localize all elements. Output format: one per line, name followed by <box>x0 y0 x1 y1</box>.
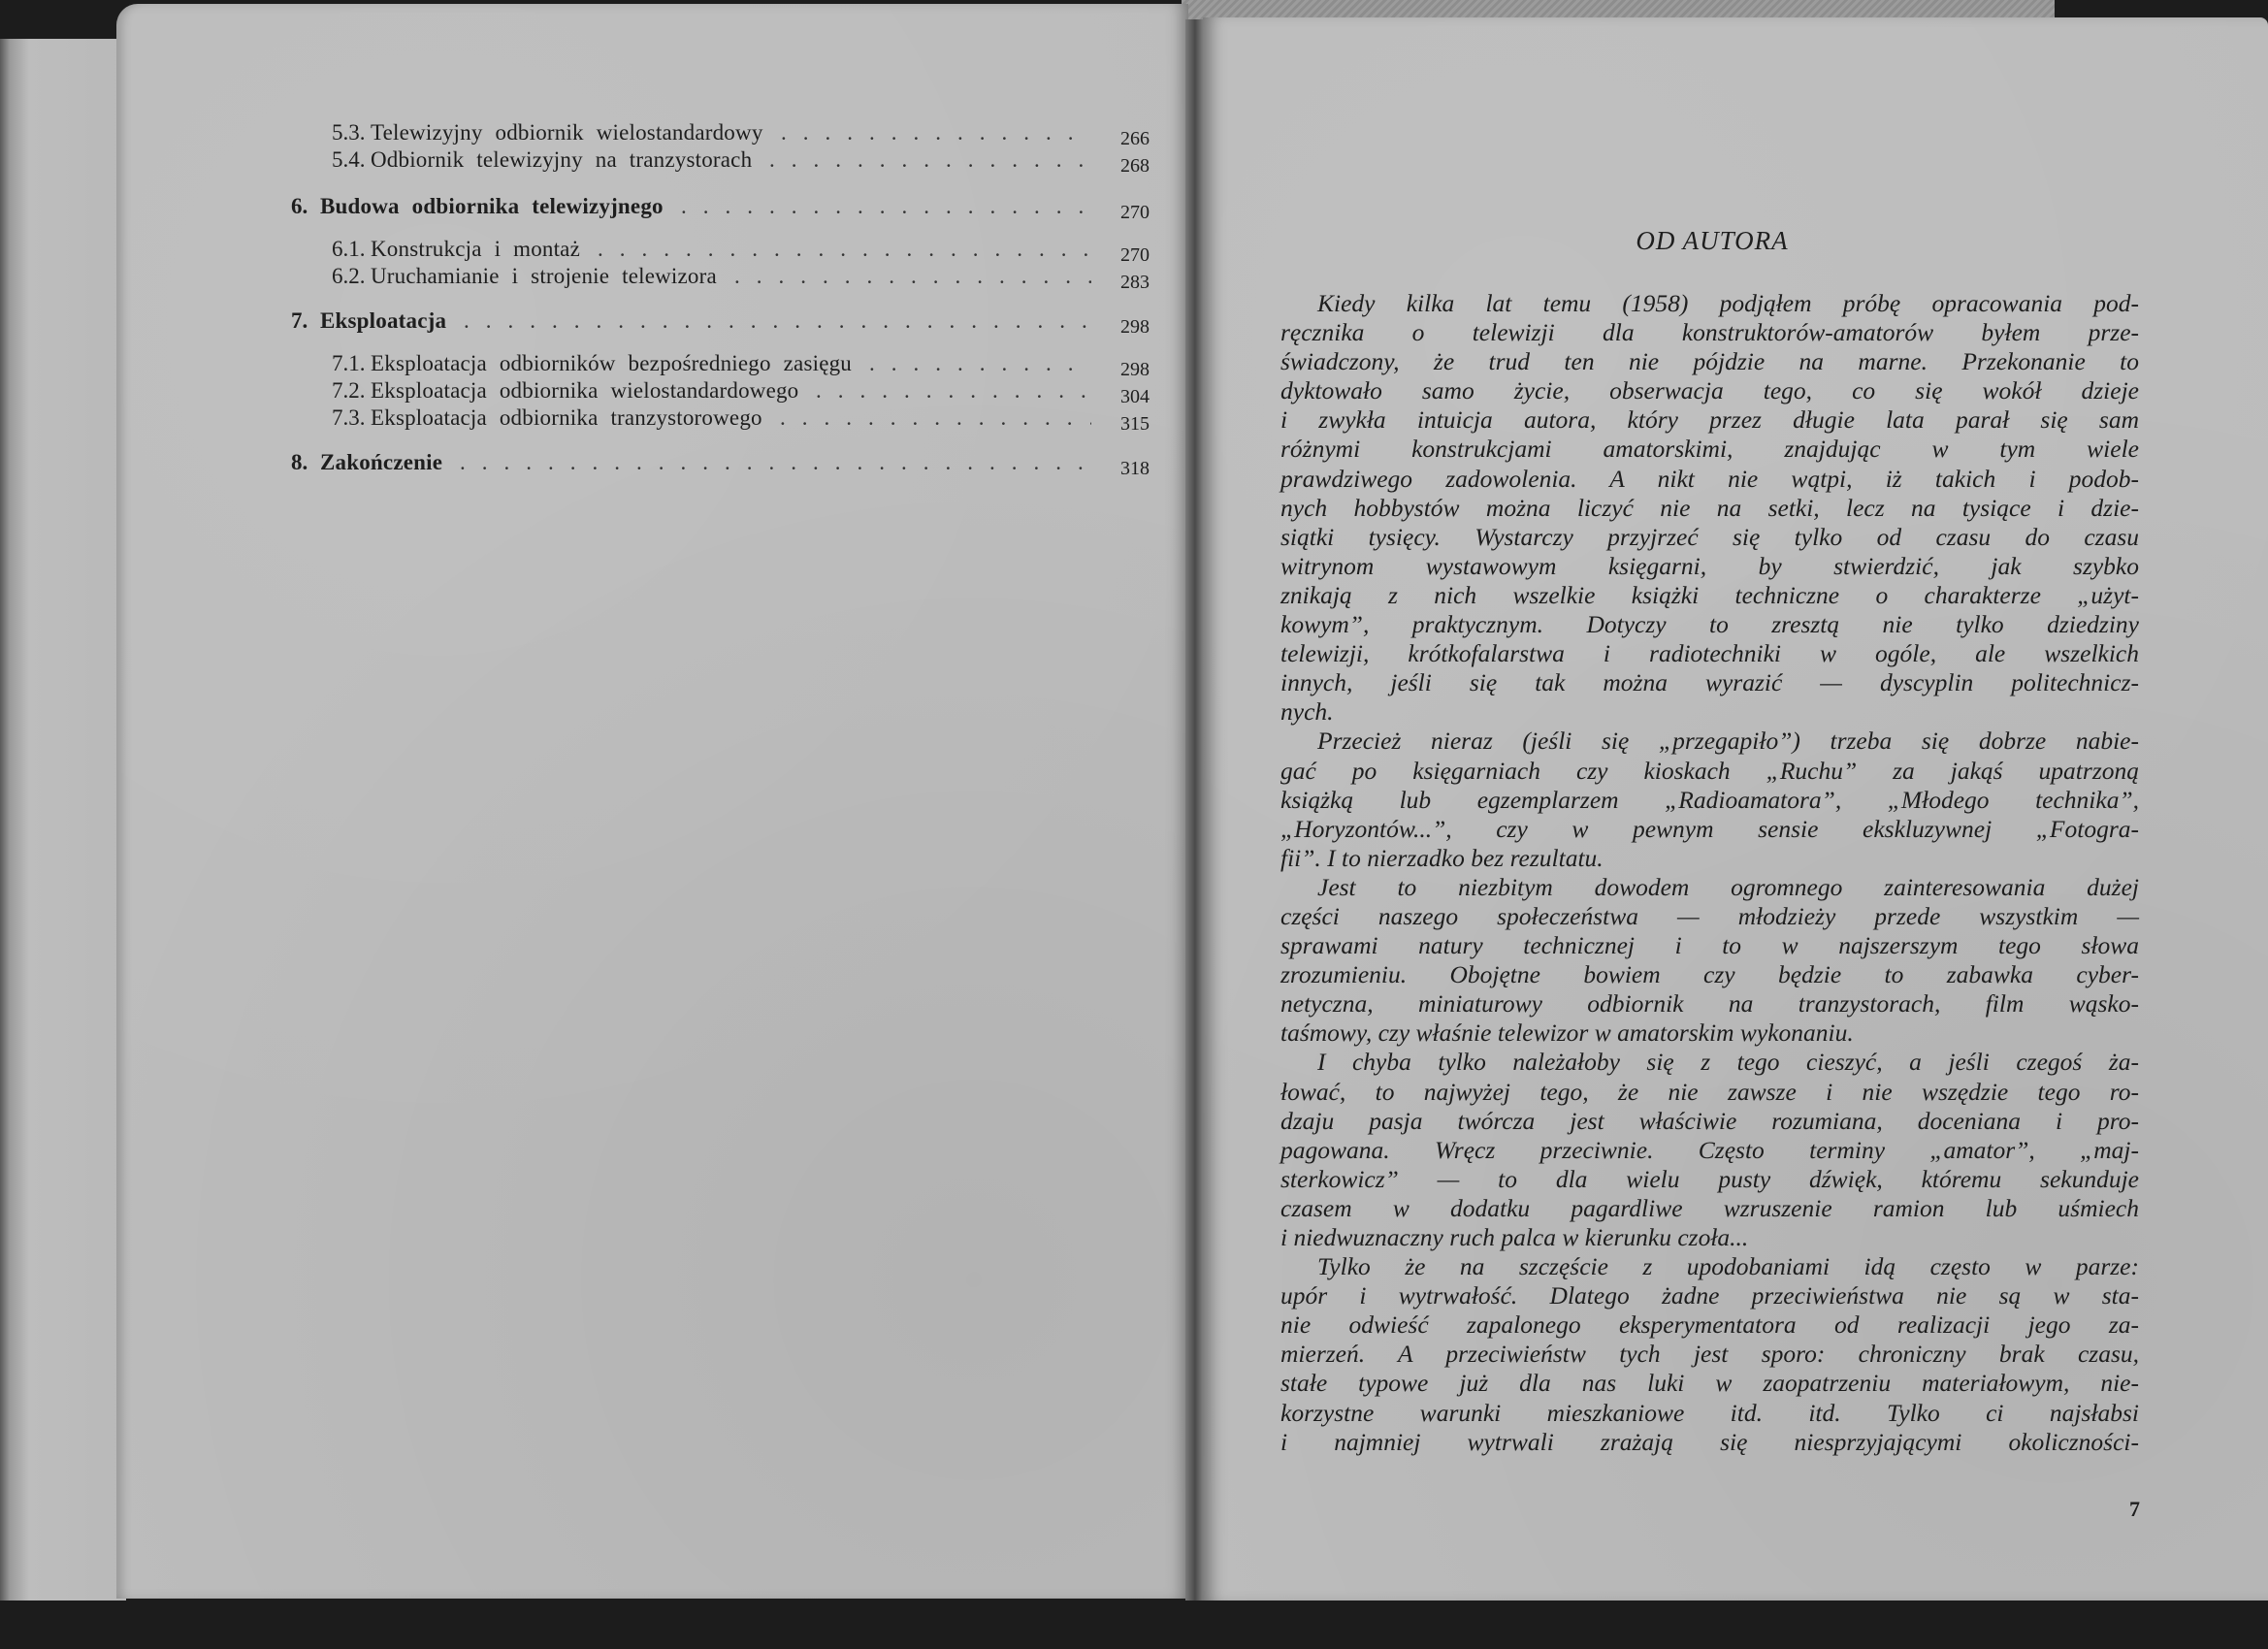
text-line: i niedwuznaczny ruch palca w kierunku cz… <box>1280 1223 2139 1252</box>
toc-entry-number: 6.1. <box>332 235 366 264</box>
toc-entry-number: 7.2. <box>332 376 366 405</box>
left-page: 5.3.Telewizyjny odbiornik wielostandardo… <box>116 4 1188 1599</box>
toc-entry-title: Eksploatacja odbiorników bezpośredniego … <box>371 349 852 378</box>
text-line: prawdziwego zadowolenia. A nikt nie wątp… <box>1280 465 2139 494</box>
text-line: i najmniej wytrwali zrażają się niesprzy… <box>1280 1428 2139 1457</box>
toc-entry: 6.2.Uruchamianie i strojenie telewizora2… <box>116 262 1188 291</box>
text-line: netyczna, miniaturowy odbiornik na tranz… <box>1280 989 2139 1018</box>
toc-entry-page: 315 <box>1120 409 1150 438</box>
text-line: części naszego społeczeństwa — młodzieży… <box>1280 902 2139 931</box>
toc-leader-dots: ........................................… <box>460 448 1091 477</box>
text-line: korzystne warunki mieszkaniowe itd. itd.… <box>1280 1399 2139 1428</box>
toc-entry-title: Eksploatacja <box>320 307 446 336</box>
text-line: I chyba tylko należałoby się z tego cies… <box>1280 1048 2139 1077</box>
toc-entry-title: Eksploatacja odbiornika wielostandardowe… <box>371 376 798 405</box>
text-line: nych. <box>1280 697 2139 727</box>
text-line: sprawami natury technicznej i to w najsz… <box>1280 931 2139 960</box>
text-line: różnymi konstrukcjami amatorskimi, znajd… <box>1280 435 2139 464</box>
toc-entry: 5.4.Odbiornik telewizyjny na tranzystora… <box>116 145 1188 175</box>
toc-entry-page: 268 <box>1120 151 1150 180</box>
text-line: taśmowy, czy właśnie telewizor w amators… <box>1280 1018 2139 1048</box>
toc-entry-title: Odbiornik telewizyjny na tranzystorach <box>371 145 752 175</box>
text-line: książką lub egzemplarzem „Radioamatora”,… <box>1280 786 2139 815</box>
text-line: kowym”, praktycznym. Dotyczy to zresztą … <box>1280 610 2139 639</box>
text-line: telewizji, krótkofalarstwa i radiotechni… <box>1280 639 2139 668</box>
toc-entry-page: 318 <box>1120 454 1150 483</box>
toc-entry-number: 5.3. <box>332 118 366 147</box>
toc-leader-dots: ........................................… <box>816 376 1091 405</box>
toc-entry: 7.2.Eksploatacja odbiornika wielostandar… <box>116 376 1188 405</box>
text-line: pagowana. Wręcz przeciwnie. Często termi… <box>1280 1136 2139 1165</box>
toc-leader-dots: ........................................… <box>464 307 1091 336</box>
toc-entry-title: Budowa odbiornika telewizyjnego <box>320 192 664 221</box>
text-line: nych hobbystów można liczyć nie na setki… <box>1280 494 2139 523</box>
toc-entry: 7.Eksploatacja298.......................… <box>116 307 1188 336</box>
toc-entry-number: 6. <box>291 192 308 221</box>
toc-entry-number: 7. <box>291 307 308 336</box>
preface-body: Kiedy kilka lat temu (1958) podjąłem pró… <box>1280 289 2139 1457</box>
text-line: i zwykła intuicja autora, który przez dł… <box>1280 405 2139 435</box>
text-line: dyktowało samo życie, obserwacja tego, c… <box>1280 376 2139 405</box>
toc-entry: 6.1.Konstrukcja i montaż270.............… <box>116 235 1188 264</box>
text-line: gać po księgarniach czy kioskach „Ruchu”… <box>1280 757 2139 786</box>
toc-entry-number: 8. <box>291 448 308 477</box>
underlying-page-edge <box>0 39 126 1600</box>
toc-entry: 6.Budowa odbiornika telewizyjnego270....… <box>116 192 1188 221</box>
toc-entry-title: Telewizyjny odbiornik wielostandardowy <box>371 118 763 147</box>
toc-leader-dots: ........................................… <box>869 349 1091 378</box>
text-line: zrozumieniu. Obojętne bowiem czy będzie … <box>1280 960 2139 989</box>
text-line: Kiedy kilka lat temu (1958) podjąłem pró… <box>1280 289 2139 318</box>
text-line: sterkowicz” — to dla wielu pusty dźwięk,… <box>1280 1165 2139 1194</box>
toc-entry-number: 6.2. <box>332 262 366 291</box>
toc-entry: 7.1.Eksploatacja odbiorników bezpośredni… <box>116 349 1188 378</box>
toc-leader-dots: ........................................… <box>681 192 1091 221</box>
toc-entry: 7.3.Eksploatacja odbiornika tranzystorow… <box>116 404 1188 433</box>
toc-entry-page: 270 <box>1120 198 1150 227</box>
text-line: witrynom wystawowym księgarni, by stwier… <box>1280 552 2139 581</box>
toc-leader-dots: ........................................… <box>598 235 1091 264</box>
toc-leader-dots: ........................................… <box>769 145 1091 175</box>
book-gutter <box>1185 19 1205 1600</box>
text-line: Tylko że na szczęście z upodobaniami idą… <box>1280 1252 2139 1281</box>
toc-entry-title: Konstrukcja i montaż <box>371 235 580 264</box>
text-line: dzaju pasja twórcza jest właściwie rozum… <box>1280 1107 2139 1136</box>
text-line: świadczony, że trud ten nie pójdzie na m… <box>1280 347 2139 376</box>
text-line: innych, jeśli się tak można wyrazić — dy… <box>1280 668 2139 697</box>
page-number: 7 <box>2129 1497 2140 1522</box>
toc-entry-page: 298 <box>1120 312 1150 341</box>
text-line: „Horyzontów...”, czy w pewnym sensie eks… <box>1280 815 2139 844</box>
toc-entry: 5.3.Telewizyjny odbiornik wielostandardo… <box>116 118 1188 147</box>
toc-entry-title: Uruchamianie i strojenie telewizora <box>371 262 717 291</box>
toc-entry-page: 283 <box>1120 268 1150 297</box>
toc-entry-number: 7.1. <box>332 349 366 378</box>
text-line: siątki tysięcy. Wystarczy przyjrzeć się … <box>1280 523 2139 552</box>
text-line: stałe typowe już dla nas luki w zaopatrz… <box>1280 1369 2139 1398</box>
text-line: nie odwieść zapalonego eksperymentatora … <box>1280 1310 2139 1340</box>
text-line: łować, to najwyżej tego, że nie zawsze i… <box>1280 1078 2139 1107</box>
toc-leader-dots: ........................................… <box>781 118 1091 147</box>
toc-entry-number: 7.3. <box>332 404 366 433</box>
toc-leader-dots: ........................................… <box>780 404 1091 433</box>
text-line: znikają z nich wszelkie książki technicz… <box>1280 581 2139 610</box>
chapter-heading: OD AUTORA <box>1203 226 2221 256</box>
toc-entry-title: Zakończenie <box>320 448 442 477</box>
text-line: czasem w dodatku pagardliwe wzruszenie r… <box>1280 1194 2139 1223</box>
text-line: ręcznika o telewizji dla konstruktorów-a… <box>1280 318 2139 347</box>
toc-entry: 8.Zakończenie318........................… <box>116 448 1188 477</box>
text-line: upór i wytrwałość. Dlatego żadne przeciw… <box>1280 1281 2139 1310</box>
text-line: Jest to niezbitym dowodem ogromnego zain… <box>1280 873 2139 902</box>
toc-entry-title: Eksploatacja odbiornika tranzystorowego <box>371 404 762 433</box>
toc-entry-number: 5.4. <box>332 145 366 175</box>
text-line: Przecież nieraz (jeśli się „przegapiło”)… <box>1280 727 2139 756</box>
text-line: mierzeń. A przeciwieństw tych jest sporo… <box>1280 1340 2139 1369</box>
text-line: fii”. I to nierzadko bez rezultatu. <box>1280 844 2139 873</box>
right-page: OD AUTORA Kiedy kilka lat temu (1958) po… <box>1203 17 2268 1600</box>
toc-leader-dots: ........................................… <box>734 262 1091 291</box>
